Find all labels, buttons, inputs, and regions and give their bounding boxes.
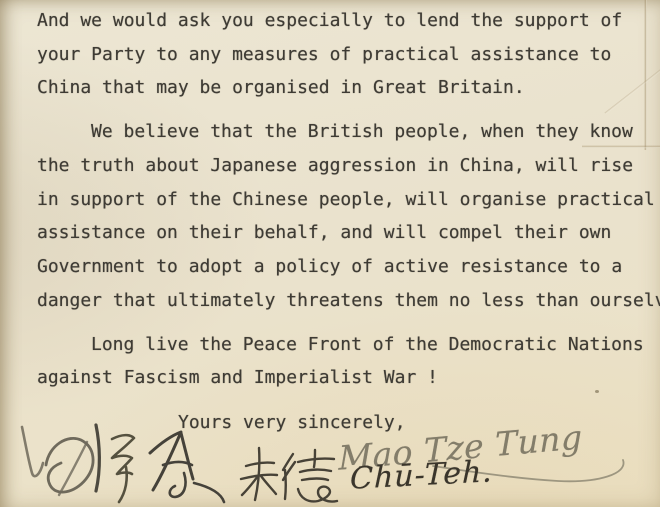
letter-page: And we would ask you especially to lend … — [0, 0, 660, 507]
zhu-de-chinese-signature — [238, 442, 346, 507]
chu-teh-latin-signature: Chū-Teh. — [350, 454, 493, 497]
mao-zedong-chinese-signature — [16, 413, 238, 507]
signature-block: Mao Tze Tung Chū-Teh. — [0, 0, 660, 507]
